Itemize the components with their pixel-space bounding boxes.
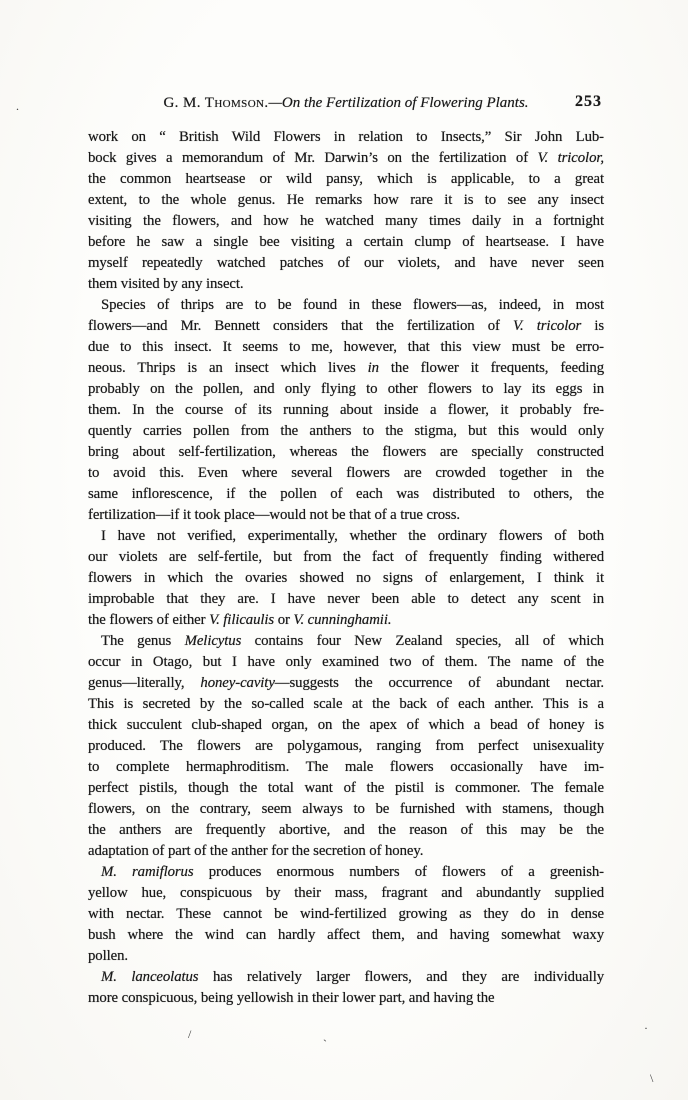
text-run: Species of thrips are to be found in the…	[101, 297, 604, 313]
scan-speck: /	[188, 1028, 191, 1040]
header-author: G. M. Thomson.	[163, 95, 268, 111]
text-line: bush where the wind can hardly affect th…	[88, 925, 604, 946]
text-line: occur in Otago, but I have only examined…	[88, 652, 604, 673]
page-body: work on “ British Wild Flowers in relati…	[88, 127, 604, 1009]
text-run: before he saw a single bee visiting a ce…	[88, 234, 604, 250]
text-line: work on “ British Wild Flowers in relati…	[88, 127, 604, 148]
text-run: them visited by any insect.	[88, 276, 244, 292]
text-line: bock gives a memorandum of Mr. Darwin’s …	[88, 148, 604, 169]
text-line: them. In the course of its running about…	[88, 400, 604, 421]
text-run: The genus	[101, 633, 185, 649]
text-run: bock gives a memorandum of Mr. Darwin’s …	[88, 150, 538, 166]
text-run: has relatively larger flowers, and they …	[198, 969, 604, 985]
text-run: fertilization—if it took place—would not…	[88, 507, 460, 523]
text-run: flowers in which the ovaries showed no s…	[88, 570, 604, 586]
text-run: extent, to the whole genus. He remarks h…	[88, 192, 604, 208]
text-line: fertilization—if it took place—would not…	[88, 505, 604, 526]
text-line: probably on the pollen, and only flying …	[88, 379, 604, 400]
text-run: perfect pistils, though the total want o…	[88, 780, 604, 796]
text-line: myself repeatedly watched patches of our…	[88, 253, 604, 274]
text-run: the common heartsease or wild pansy, whi…	[88, 171, 604, 187]
text-line: before he saw a single bee visiting a ce…	[88, 232, 604, 253]
text-run: the flowers of either	[88, 612, 209, 628]
text-run: pollen.	[88, 948, 128, 964]
text-line: more conspicuous, being yellowish in the…	[88, 988, 604, 1009]
paragraph: The genus Melicytus contains four New Ze…	[88, 631, 604, 862]
text-run: myself repeatedly watched patches of our…	[88, 255, 604, 271]
text-run: thick succulent club-shaped organ, on th…	[88, 717, 604, 733]
header-text: G. M. Thomson.—On the Fertilization of F…	[163, 95, 528, 112]
scanned-page: G. M. Thomson.—On the Fertilization of F…	[0, 0, 688, 1100]
text-run: probably on the pollen, and only flying …	[88, 381, 604, 397]
text-run: neous. Thrips is an insect which lives	[88, 360, 368, 376]
text-run: bring about self-fertilization, whereas …	[88, 444, 604, 460]
text-run: yellow hue, conspicuous by their mass, f…	[88, 885, 604, 901]
paragraph: I have not verified, experimentally, whe…	[88, 526, 604, 631]
text-run: This is secreted by the so-called scale …	[88, 696, 604, 712]
text-line: M. lanceolatus has relatively larger flo…	[88, 967, 604, 988]
paragraph: M. ramiflorus produces enormous numbers …	[88, 862, 604, 967]
text-line: The genus Melicytus contains four New Ze…	[88, 631, 604, 652]
text-run: flowers, on the contrary, seem always to…	[88, 801, 604, 817]
text-line: flowers—and Mr. Bennett considers that t…	[88, 316, 604, 337]
text-line: the flowers of either V. filicaulis or V…	[88, 610, 604, 631]
paragraph: work on “ British Wild Flowers in relati…	[88, 127, 604, 295]
text-run-italic: V. tricolor,	[538, 150, 604, 166]
text-line: same inflorescence, if the pollen of eac…	[88, 484, 604, 505]
text-run: contains four New Zealand species, all o…	[241, 633, 604, 649]
paragraph: M. lanceolatus has relatively larger flo…	[88, 967, 604, 1009]
text-run: them. In the course of its running about…	[88, 402, 604, 418]
text-run: genus—literally,	[88, 675, 200, 691]
text-run: bush where the wind can hardly affect th…	[88, 927, 604, 943]
text-line: the anthers are frequently abortive, and…	[88, 820, 604, 841]
text-run-italic: V. cunninghamii.	[293, 612, 391, 628]
scan-speck: `	[323, 1038, 327, 1050]
text-line: with nectar. These cannot be wind-fertil…	[88, 904, 604, 925]
text-line: M. ramiflorus produces enormous numbers …	[88, 862, 604, 883]
text-run: more conspicuous, being yellowish in the…	[88, 990, 495, 1006]
text-run: to avoid this. Even where several flower…	[88, 465, 604, 481]
text-line: perfect pistils, though the total want o…	[88, 778, 604, 799]
text-run: flowers—and Mr. Bennett considers that t…	[88, 318, 513, 334]
text-line: genus—literally, honey-cavity—suggests t…	[88, 673, 604, 694]
text-run: our violets are self-fertile, but from t…	[88, 549, 604, 565]
text-line: quently carries pollen from the anthers …	[88, 421, 604, 442]
text-line: the common heartsease or wild pansy, whi…	[88, 169, 604, 190]
text-run: to complete hermaphroditism. The male fl…	[88, 759, 604, 775]
text-line: bring about self-fertilization, whereas …	[88, 442, 604, 463]
text-run: with nectar. These cannot be wind-fertil…	[88, 906, 604, 922]
text-run: —suggests the occurrence of abundant nec…	[275, 675, 604, 691]
text-run-italic: Melicytus	[185, 633, 242, 649]
text-run: quently carries pollen from the anthers …	[88, 423, 604, 439]
text-run: the anthers are frequently abortive, and…	[88, 822, 604, 838]
header-title: —On the Fertilization of Flowering Plant…	[269, 95, 529, 111]
text-run: produces enormous numbers of flowers of …	[194, 864, 604, 880]
scan-speck: ·	[644, 1022, 648, 1034]
text-run: improbable that they are. I have never b…	[88, 591, 604, 607]
text-line: visiting the flowers, and how he watched…	[88, 211, 604, 232]
text-line: to complete hermaphroditism. The male fl…	[88, 757, 604, 778]
text-run: same inflorescence, if the pollen of eac…	[88, 486, 604, 502]
text-run: the flower it frequents, feeding	[379, 360, 604, 376]
text-run: due to this insect. It seems to me, howe…	[88, 339, 604, 355]
text-line: produced. The flowers are polygamous, ra…	[88, 736, 604, 757]
text-run: or	[274, 612, 293, 628]
paragraph: Species of thrips are to be found in the…	[88, 295, 604, 526]
text-line: flowers in which the ovaries showed no s…	[88, 568, 604, 589]
scan-speck: \	[650, 1072, 653, 1084]
text-run: is	[581, 318, 604, 334]
text-run: work on “ British Wild Flowers in relati…	[88, 129, 604, 145]
text-line: to avoid this. Even where several flower…	[88, 463, 604, 484]
text-run: produced. The flowers are polygamous, ra…	[88, 738, 604, 754]
scan-speck: .	[16, 100, 19, 112]
text-line: our violets are self-fertile, but from t…	[88, 547, 604, 568]
text-run-italic: honey-cavity	[200, 675, 274, 691]
text-line: I have not verified, experimentally, whe…	[88, 526, 604, 547]
text-line: flowers, on the contrary, seem always to…	[88, 799, 604, 820]
text-run-italic: M. lanceolatus	[101, 969, 198, 985]
text-line: yellow hue, conspicuous by their mass, f…	[88, 883, 604, 904]
text-line: them visited by any insect.	[88, 274, 604, 295]
text-run: adaptation of part of the anther for the…	[88, 843, 423, 859]
text-line: This is secreted by the so-called scale …	[88, 694, 604, 715]
running-header: G. M. Thomson.—On the Fertilization of F…	[88, 95, 604, 115]
text-run-italic: in	[368, 360, 379, 376]
text-line: adaptation of part of the anther for the…	[88, 841, 604, 862]
text-run-italic: V. tricolor	[513, 318, 581, 334]
text-run-italic: M. ramiflorus	[101, 864, 194, 880]
text-line: thick succulent club-shaped organ, on th…	[88, 715, 604, 736]
text-line: pollen.	[88, 946, 604, 967]
text-run: I have not verified, experimentally, whe…	[101, 528, 604, 544]
text-run: occur in Otago, but I have only examined…	[88, 654, 604, 670]
text-run-italic: V. filicaulis	[209, 612, 274, 628]
text-line: neous. Thrips is an insect which lives i…	[88, 358, 604, 379]
text-line: extent, to the whole genus. He remarks h…	[88, 190, 604, 211]
text-line: due to this insect. It seems to me, howe…	[88, 337, 604, 358]
text-line: improbable that they are. I have never b…	[88, 589, 604, 610]
text-line: Species of thrips are to be found in the…	[88, 295, 604, 316]
text-run: visiting the flowers, and how he watched…	[88, 213, 604, 229]
page-number: 253	[575, 93, 602, 111]
